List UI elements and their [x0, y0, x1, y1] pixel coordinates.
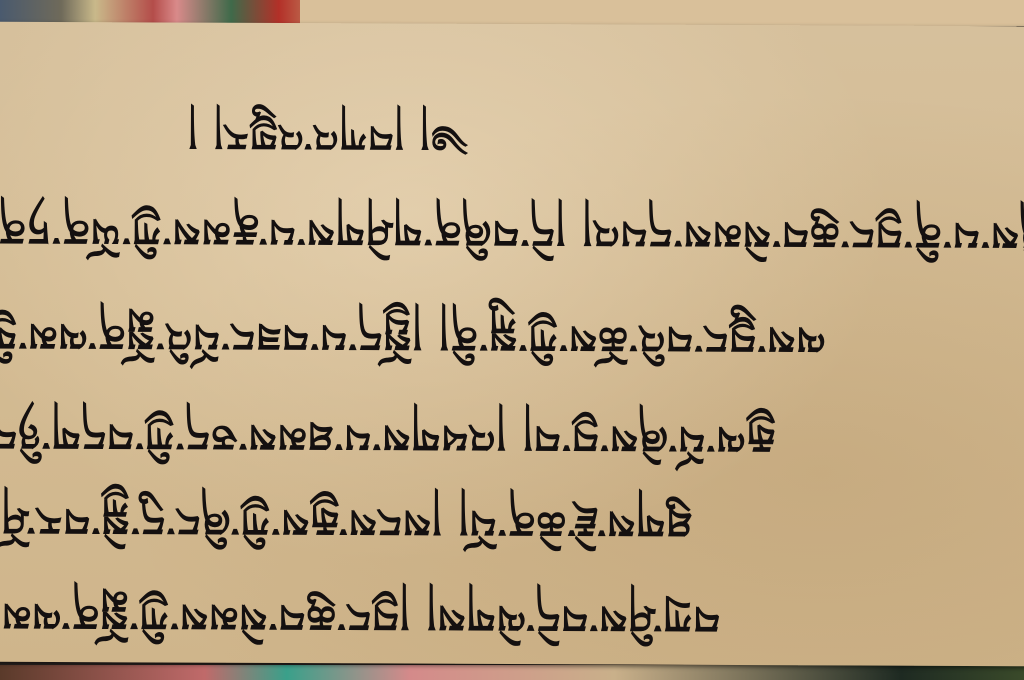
manuscript-text-line: ཞེས་པ་ནི་བྱང་ཆུབ་སེམས་དཔའ། །དེ་བཞིན་གཤེག…	[0, 162, 1024, 280]
underlying-manuscript-sheet	[300, 0, 1024, 26]
manuscript-text-line: ལས་བྱུང་བའི་ཆོས་ཀྱི་སྐུ་ནི། །སྤྱོད་པ་བཟང…	[0, 267, 826, 384]
painted-thangka-fragment-bottom	[0, 665, 1024, 680]
manuscript-text-line: བཀྲ་ཤིས་བདེ་ལེགས། །བྱང་ཆུབ་སེམས་ཀྱི་སྨོན…	[0, 547, 720, 663]
manuscript-page: ༄། །བཀའ་འགྱུར། ། ཞེས་པ་ནི་བྱང་ཆུབ་སེམས་ད…	[0, 22, 1024, 666]
